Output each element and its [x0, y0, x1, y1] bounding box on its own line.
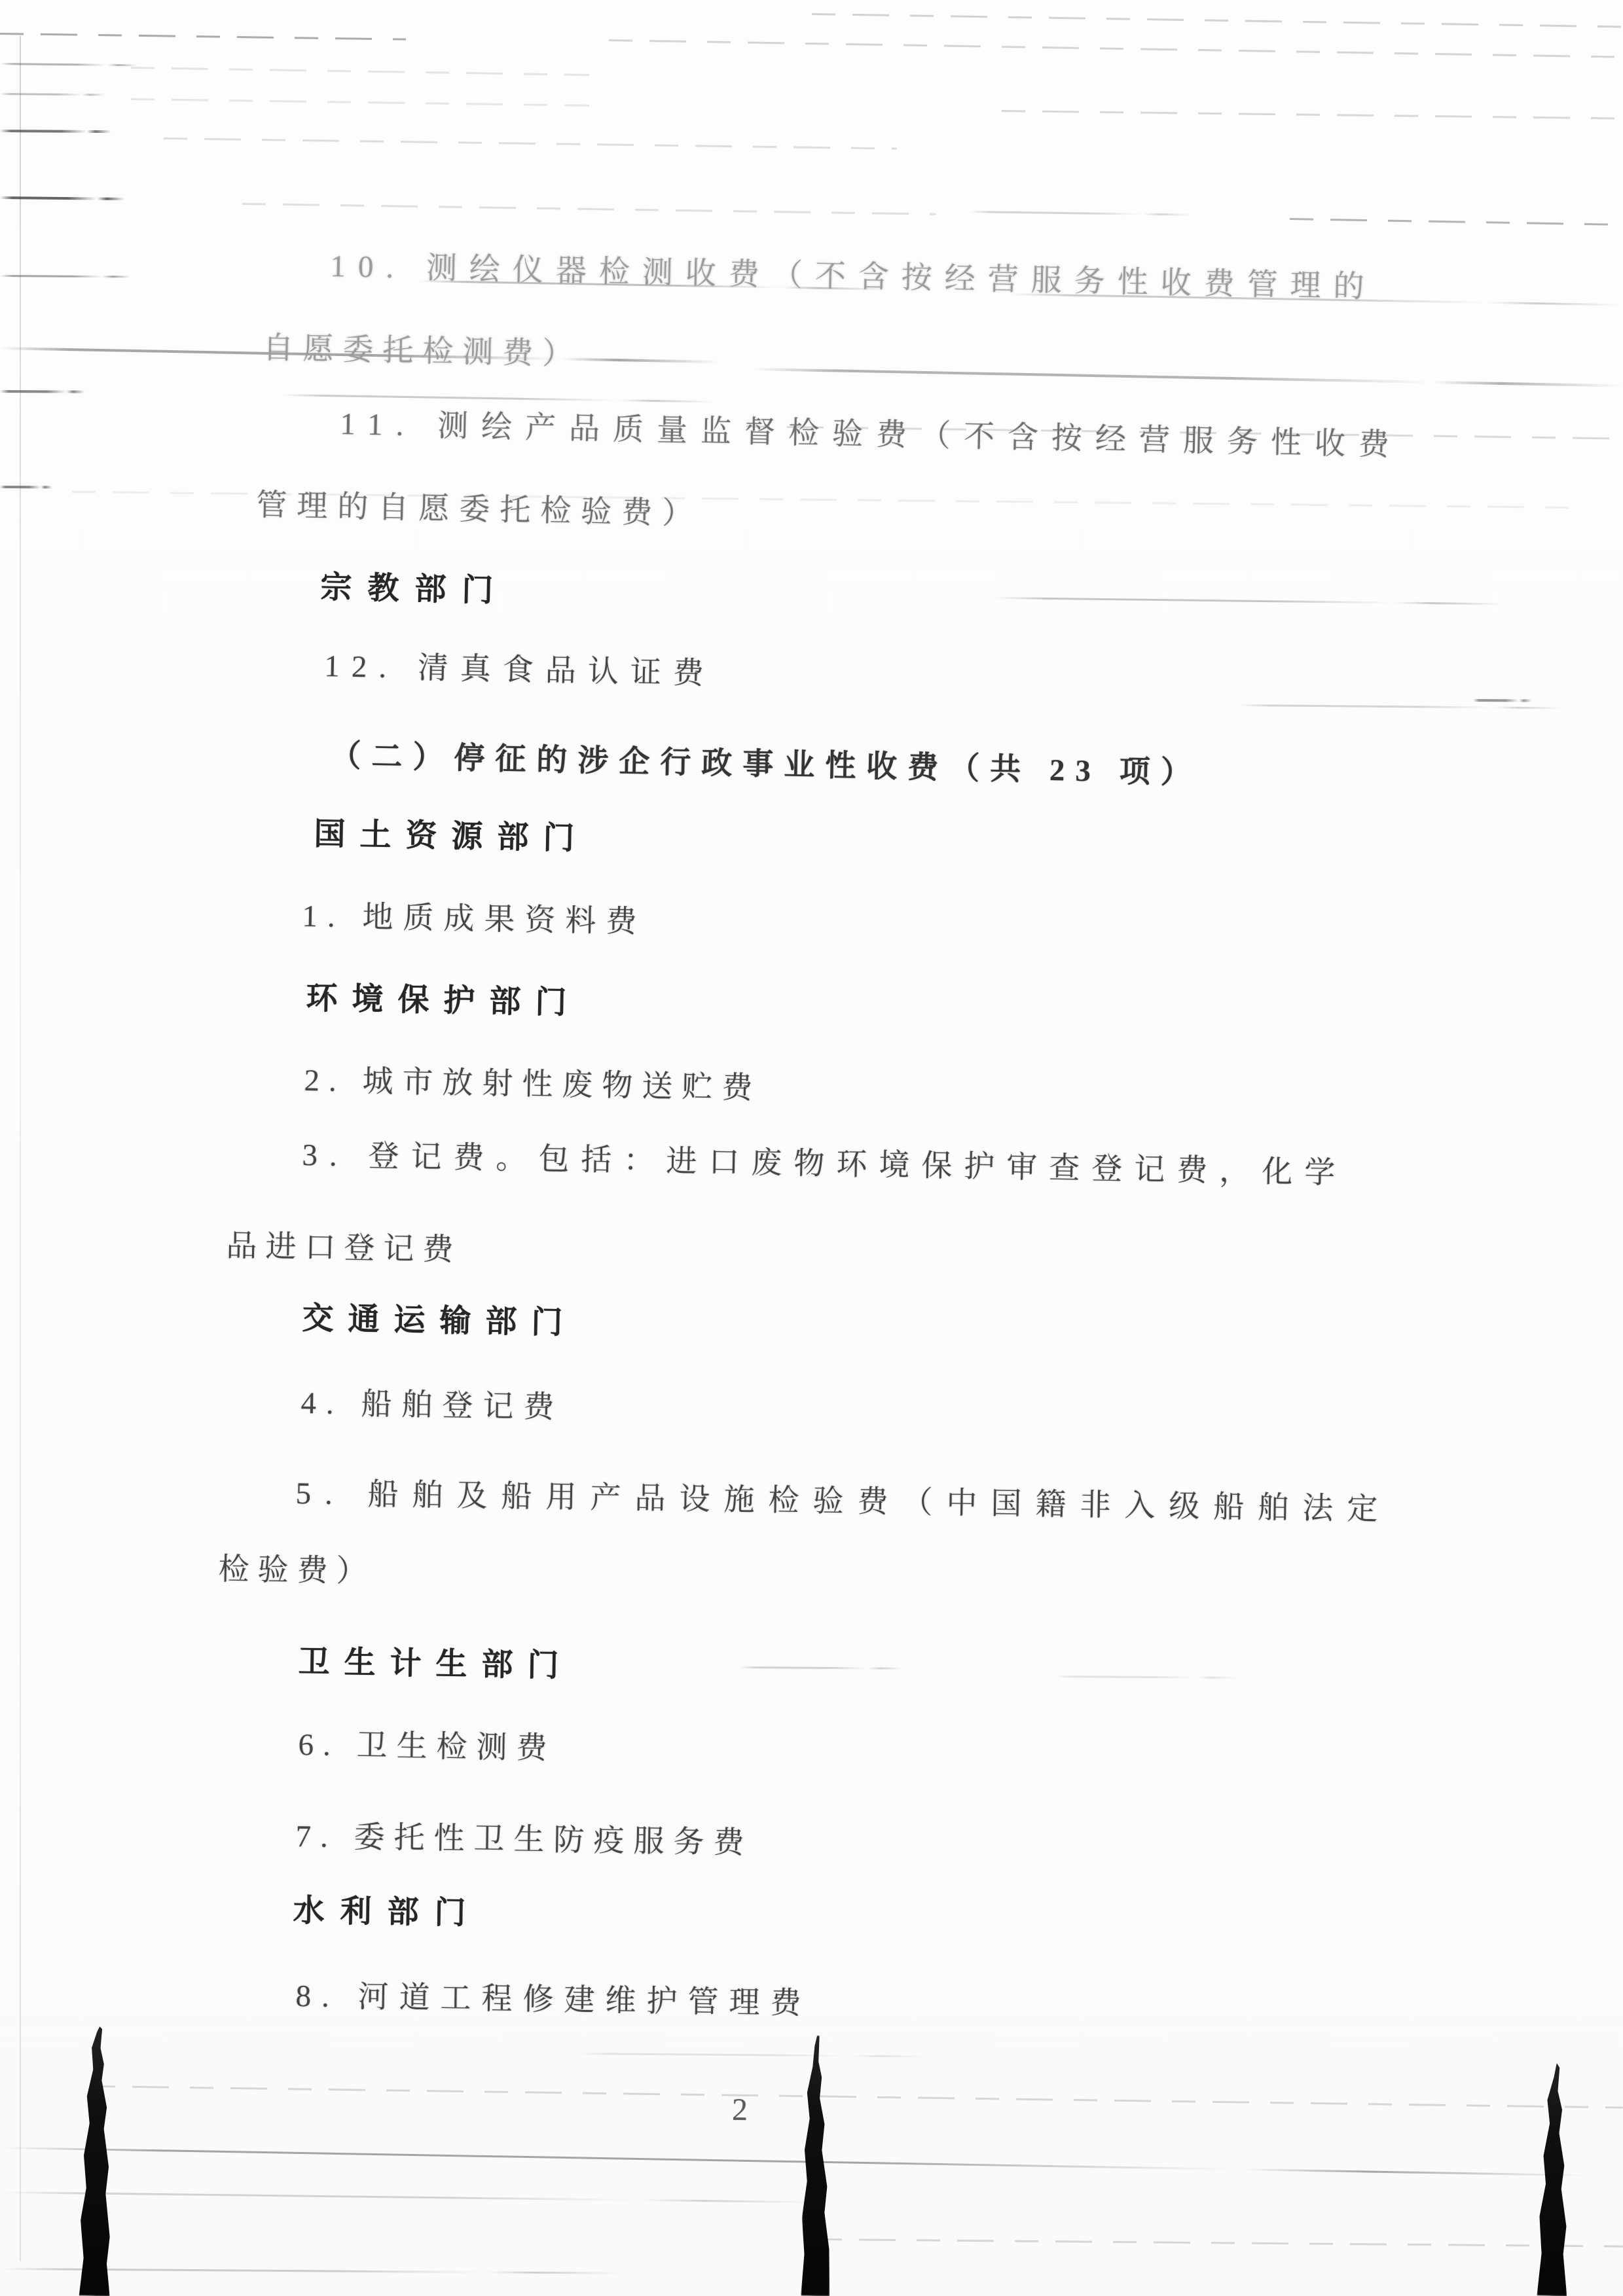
fee-item-line: 10. 测绘仪器检测收费（不含按经营服务性收费管理的	[330, 247, 1377, 307]
scan-artifact-line	[0, 2147, 1591, 2176]
fee-item-continuation: 检验费）	[218, 1550, 376, 1592]
fee-item-line: 1. 地质成果资料费	[302, 897, 647, 942]
fee-item-line: 5. 船舶及船用产品设施检验费（中国籍非入级船舶法定	[295, 1474, 1392, 1530]
scan-artifact-line	[92, 2085, 1623, 2109]
scan-artifact-line	[164, 137, 897, 150]
fee-item-line: 2. 城市放射性废物送贮费	[304, 1061, 762, 1108]
scan-artifact-line	[1473, 699, 1532, 702]
section-heading: （二）停征的涉企行政事业性收费（共 23 项）	[330, 736, 1202, 793]
scan-artifact-line	[1002, 110, 1623, 120]
scan-artifact-line	[0, 390, 85, 393]
scanned-document-page: 10. 测绘仪器检测收费（不含按经营服务性收费管理的 自愿委托检测费） 11. …	[0, 0, 1623, 2296]
scan-artifact-line	[1237, 704, 1565, 709]
fee-item-continuation: 管理的自愿委托检验费）	[256, 486, 703, 534]
department-heading: 水利部门	[293, 1892, 482, 1933]
scan-artifact-line	[0, 33, 406, 41]
scan-artifact-edge	[20, 36, 21, 2261]
department-heading: 宗教部门	[320, 568, 509, 611]
fee-item-line: 12. 清真食品认证费	[324, 647, 716, 694]
scan-artifact-line	[969, 211, 1192, 216]
fee-item-line: 6. 卫生检测费	[298, 1725, 556, 1768]
scan-artifact-line	[0, 93, 105, 96]
fee-item-line: 3. 登记费。包括：进口废物环境保护审查登记费，化学	[302, 1136, 1347, 1193]
page-number: 2	[732, 2092, 748, 2128]
department-heading: 卫生计生部门	[298, 1643, 574, 1686]
scan-artifact-line	[242, 203, 936, 215]
scan-artifact-line	[0, 196, 124, 200]
fee-item-continuation: 自愿委托检测费）	[263, 329, 583, 374]
scan-artifact-line	[131, 67, 589, 76]
scan-artifact-line	[131, 98, 589, 107]
department-heading: 交通运输部门	[302, 1299, 577, 1343]
scan-artifact-line	[812, 13, 1623, 27]
ink-smudge-middle	[801, 2036, 833, 2296]
department-heading: 环境保护部门	[306, 979, 581, 1023]
scan-artifact-line	[576, 2053, 930, 2058]
scan-artifact-line	[609, 39, 1623, 58]
scan-artifact-line	[818, 2238, 1623, 2248]
fee-item-line: 8. 河道工程修建维护管理费	[295, 1977, 812, 2024]
fee-item-continuation: 品进口登记费	[226, 1227, 462, 1270]
scan-artifact-line	[740, 1666, 903, 1670]
department-heading: 国土资源部门	[314, 815, 589, 859]
fee-item-line: 11. 测绘产品质量监督检验费（不含按经营服务性收费	[340, 404, 1403, 465]
scan-artifact-line	[0, 130, 111, 133]
ink-smudge-left	[79, 2026, 116, 2296]
fee-item-line: 7. 委托性卫生防疫服务费	[295, 1817, 754, 1863]
fee-item-line: 4. 船舶登记费	[301, 1384, 564, 1427]
scan-artifact-line	[1054, 1676, 1237, 1679]
scan-artifact-line	[0, 486, 52, 488]
scan-artifact-line	[282, 394, 714, 403]
scan-artifact-line	[0, 2191, 818, 2203]
scan-artifact-line	[995, 597, 1506, 605]
scan-artifact-line	[753, 368, 1623, 387]
scan-artifact-line	[1290, 218, 1623, 226]
ink-smudge-right	[1537, 2062, 1573, 2296]
